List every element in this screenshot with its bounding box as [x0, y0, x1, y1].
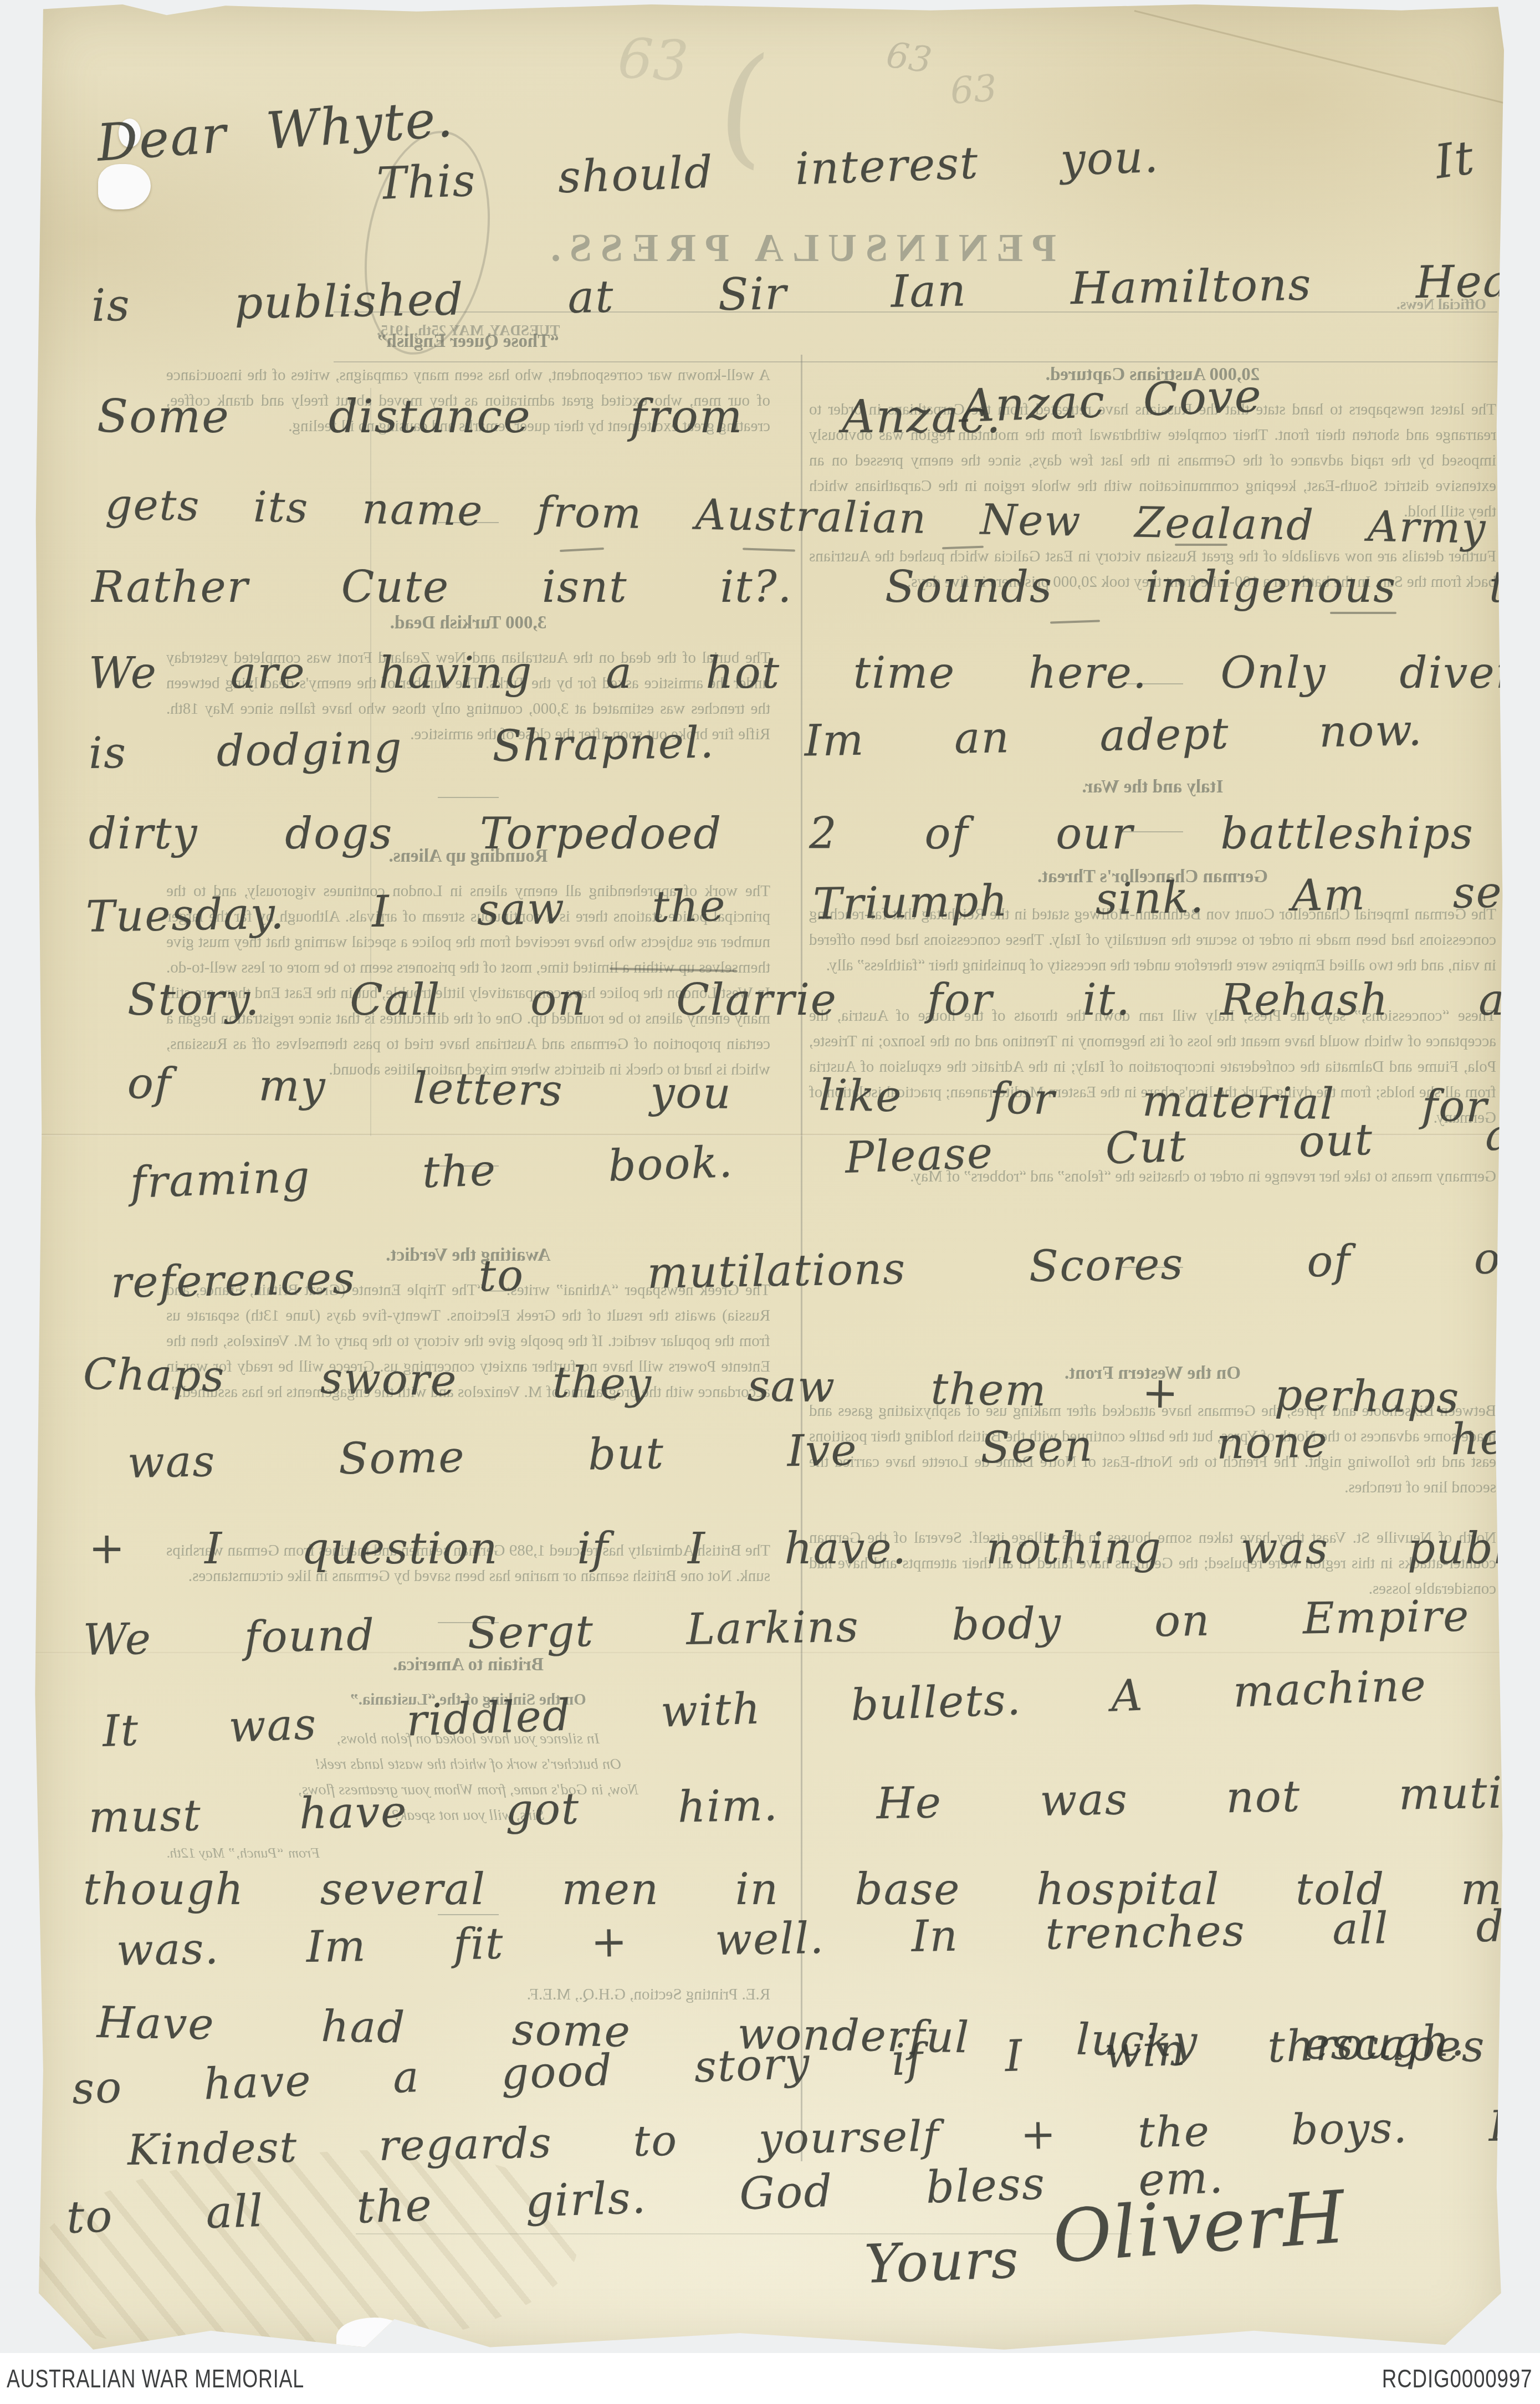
press-heading: Italy and the War.	[809, 776, 1496, 798]
handwritten-line: Yours	[863, 2228, 1021, 2295]
pencil-underline-mark	[1175, 544, 1227, 546]
press-heading: 3,000 Turkish Dead.	[166, 612, 770, 634]
press-paragraph: From “Punch,” May 12th.	[166, 1842, 770, 1864]
handwritten-line: Anzac Cove	[960, 370, 1263, 433]
handwritten-line: Rather Cute isnt it?. Sounds indigenous …	[91, 562, 1504, 612]
letter-document: PENINSULA PRESS. TUESDAY, MAY 25th, 1915…	[34, 3, 1504, 2352]
pencil-underline-mark	[1330, 612, 1396, 614]
handwritten-line: + I question if I have. nothing was publ…	[89, 1524, 1504, 1574]
press-paragraph: On butcher's work of which the waste lan…	[166, 1752, 770, 1777]
press-heading: “Those Queer English”	[166, 330, 770, 352]
press-section-rule	[438, 797, 499, 798]
handwritten-line: It	[1431, 130, 1478, 190]
corner-crease	[1134, 10, 1504, 121]
handwritten-line: Story. Call on Clarrie for it. Rehash an…	[127, 975, 1504, 1025]
footer-bar: AUSTRALIAN WAR MEMORIAL RCDIG0000997	[0, 2353, 1540, 2404]
handwritten-line: Kindest regards to yourself + the boys. …	[127, 2100, 1504, 2175]
pencil-annotation: 63	[616, 25, 690, 94]
scanned-letter-page: PENINSULA PRESS. TUESDAY, MAY 25th, 1915…	[0, 0, 1540, 2404]
handwritten-line: dirty dogs Torpedoed 2 of our battleship…	[89, 809, 1504, 859]
handwritten-line: We are having a hot time here. Only dive…	[89, 648, 1504, 698]
handwritten-line: Some distance from Anzac.	[97, 391, 1002, 443]
pencil-annotation: 63	[949, 67, 998, 112]
archive-id-label: RCDIG0000997	[1382, 2353, 1532, 2404]
pencil-annotation: 63	[884, 34, 934, 81]
archive-name-label: AUSTRALIAN WAR MEMORIAL	[7, 2353, 304, 2404]
